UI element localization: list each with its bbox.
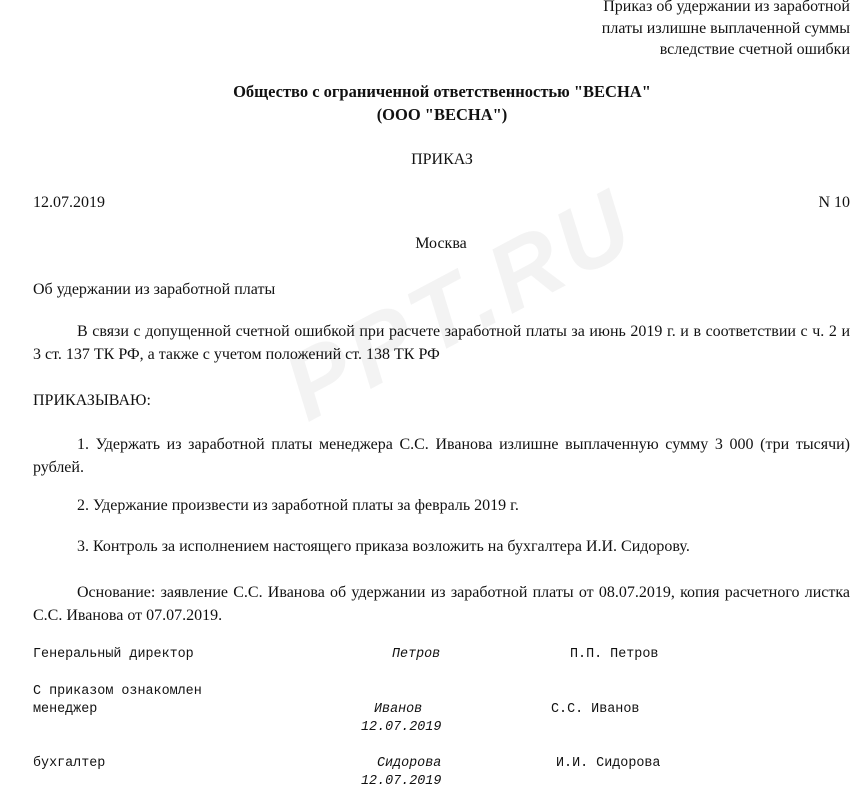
document-title: ПРИКАЗ: [0, 150, 864, 170]
document-city: Москва: [0, 234, 864, 254]
director-label: Генеральный директор: [33, 646, 194, 664]
basis-paragraph: Основание: заявление С.С. Иванова об уде…: [33, 581, 850, 627]
acknowledged-label: С приказом ознакомлен: [33, 683, 202, 701]
header-note-line: Приказ об удержании из заработной: [510, 0, 850, 18]
watermark: PPT.RU: [266, 167, 654, 443]
orders-heading: ПРИКАЗЫВАЮ:: [33, 391, 151, 411]
manager-sign-date: 12.07.2019: [361, 719, 441, 737]
header-note-line: платы излишне выплаченной суммы: [510, 18, 850, 40]
organization-short-name: (ООО "ВЕСНА"): [0, 103, 864, 126]
director-name: П.П. Петров: [570, 646, 658, 664]
header-note: Приказ об удержании из заработной платы …: [510, 0, 850, 61]
manager-name: С.С. Иванов: [551, 701, 639, 719]
accountant-name: И.И. Сидорова: [556, 755, 660, 773]
accountant-signature: Сидорова: [377, 755, 441, 773]
document-subject: Об удержании из заработной платы: [33, 280, 275, 300]
order-item: 1. Удержать из заработной платы менеджер…: [33, 433, 850, 479]
manager-label: менеджер: [33, 701, 97, 719]
organization-full-name: Общество с ограниченной ответственностью…: [0, 80, 864, 103]
intro-paragraph: В связи с допущенной счетной ошибкой при…: [33, 320, 850, 366]
header-note-line: вследствие счетной ошибки: [510, 39, 850, 61]
organization-name: Общество с ограниченной ответственностью…: [0, 80, 864, 126]
order-item: 2. Удержание произвести из заработной пл…: [33, 496, 850, 516]
document-number: N 10: [818, 193, 850, 213]
accountant-label: бухгалтер: [33, 755, 105, 773]
director-signature: Петров: [392, 646, 440, 664]
manager-signature: Иванов: [374, 701, 422, 719]
order-item: 3. Контроль за исполнением настоящего пр…: [33, 537, 850, 557]
document-date: 12.07.2019: [33, 193, 105, 213]
accountant-sign-date: 12.07.2019: [361, 773, 441, 791]
